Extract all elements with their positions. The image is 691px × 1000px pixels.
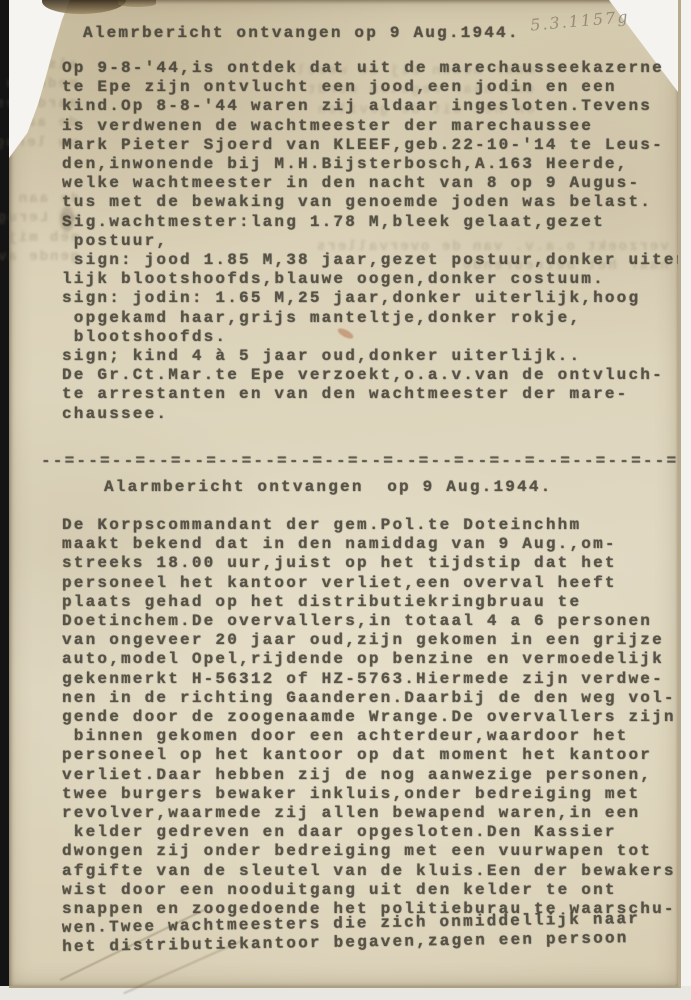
torn-edge-rim: [118, 0, 156, 7]
section2-body: De Korpscommandant der gem.Pol.te Dotein…: [62, 516, 678, 919]
scanned-document: alsg meden-u aardapes de aan uw lerug ma…: [0, 0, 691, 1000]
section-divider: --=--=--=--=--=--=--=--=--=--=--=--=--=-…: [41, 452, 678, 471]
section1-title: Alemrbericht ontvangen op 9 Aug.1944.: [83, 24, 520, 43]
scan-bottom-margin: [0, 986, 691, 1000]
section1-body: Op 9-8-'44,is ontdek dat uit de marechau…: [62, 59, 678, 424]
section2-title: Alarmbericht ontvangen op 9 Aug.1944.: [104, 478, 552, 497]
